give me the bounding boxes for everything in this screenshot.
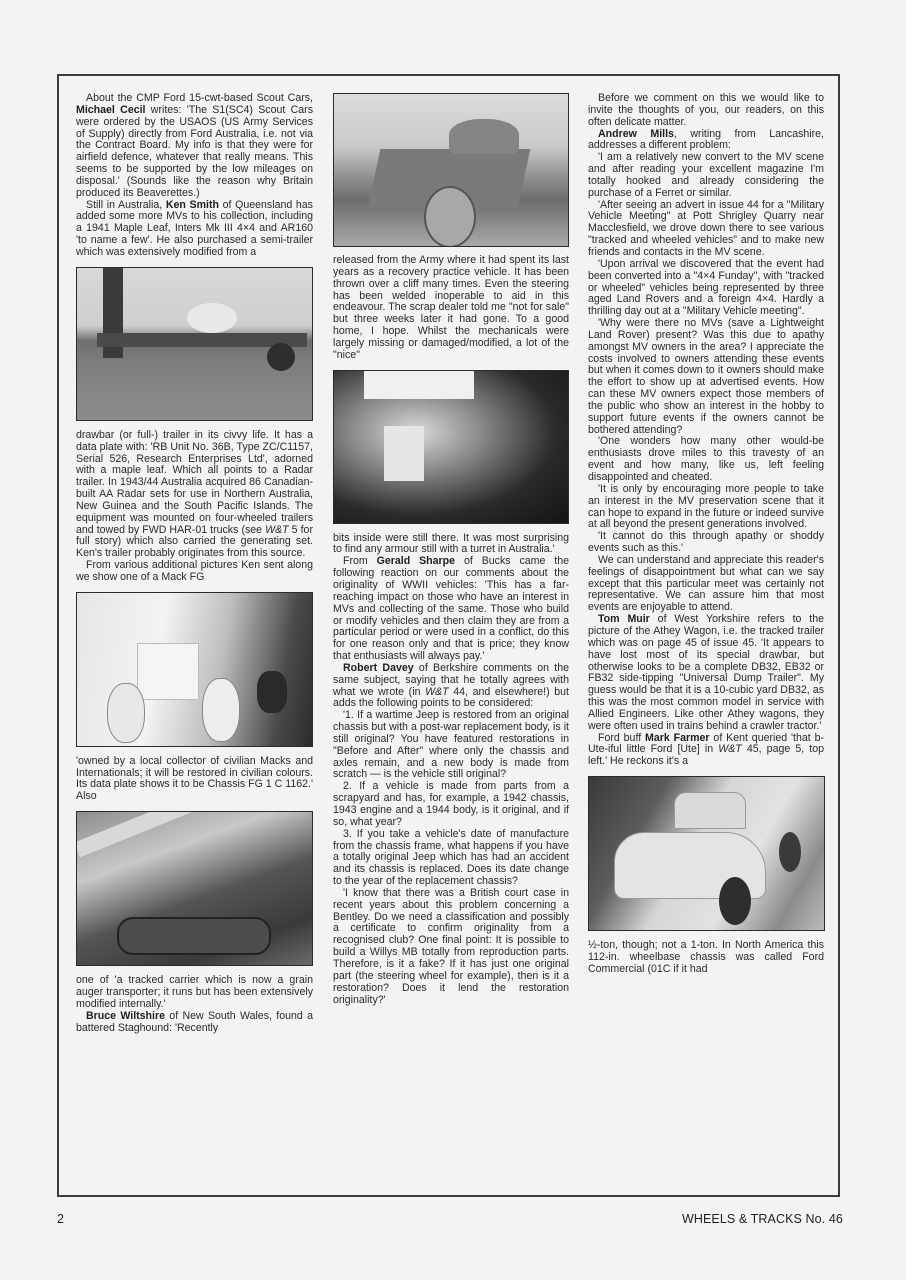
- paragraph: Bruce Wiltshire of New South Wales, foun…: [76, 1011, 313, 1035]
- photo-staghound: [333, 93, 569, 247]
- paragraph: Still in Australia, Ken Smith of Queensl…: [76, 200, 313, 259]
- paragraph: bits inside were still there. It was mos…: [333, 533, 569, 557]
- wheel: [267, 343, 295, 371]
- hatch-light: [364, 371, 474, 399]
- correspondent-name: Andrew Mills: [598, 128, 674, 140]
- auger-pipe: [76, 811, 219, 857]
- correspondent-name: Michael Cecil: [76, 104, 146, 116]
- wheel: [202, 678, 240, 742]
- paragraph: 'I know that there was a British court c…: [333, 888, 569, 1006]
- paragraph: '1. If a wartime Jeep is restored from a…: [333, 710, 569, 781]
- paragraph: ½-ton, though; not a 1-ton. In North Ame…: [588, 940, 824, 976]
- photo-turret-interior: [333, 370, 569, 524]
- cab: [674, 792, 746, 829]
- paragraph: 'I am a relatively new convert to the MV…: [588, 152, 824, 199]
- wheel: [424, 186, 476, 247]
- wheel: [257, 671, 287, 713]
- correspondent-name: Mark Farmer: [645, 732, 710, 744]
- radiator: [137, 643, 199, 700]
- paragraph: Andrew Mills, writing from Lancashire, a…: [588, 129, 824, 153]
- correspondent-name: Tom Muir: [598, 613, 650, 625]
- paragraph: 'Upon arrival we discovered that the eve…: [588, 259, 824, 318]
- paragraph: From various additional pictures Ken sen…: [76, 560, 313, 584]
- article-column-1: About the CMP Ford 15-cwt-based Scout Ca…: [76, 93, 313, 1034]
- paragraph: released from the Army where it had spen…: [333, 255, 569, 362]
- paragraph: Robert Davey of Berkshire comments on th…: [333, 663, 569, 710]
- paragraph: Before we comment on this we would like …: [588, 93, 824, 129]
- paragraph: 'It cannot do this through apathy or sho…: [588, 531, 824, 555]
- correspondent-name: Robert Davey: [343, 662, 414, 674]
- correspondent-name: Ken Smith: [166, 199, 219, 211]
- paragraph: About the CMP Ford 15-cwt-based Scout Ca…: [76, 93, 313, 200]
- paragraph: drawbar (or full-) trailer in its civvy …: [76, 430, 313, 560]
- photo-mack-fg: [76, 592, 313, 747]
- paragraph: Tom Muir of West Yorkshire refers to the…: [588, 614, 824, 732]
- spare-wheel: [779, 832, 801, 872]
- track: [117, 917, 271, 955]
- paragraph: 'Why were there no MVs (save a Lightweig…: [588, 318, 824, 436]
- article-column-2: released from the Army where it had spen…: [333, 93, 569, 1006]
- correspondent-name: Bruce Wiltshire: [86, 1010, 165, 1022]
- correspondent-name: Gerald Sharpe: [377, 555, 455, 567]
- tank-shape: [187, 303, 237, 333]
- paragraph: 'It is only by encouraging more people t…: [588, 484, 824, 531]
- photo-ford-ute: [588, 776, 825, 931]
- page-number: 2: [57, 1212, 64, 1226]
- paragraph: 'After seeing an advert in issue 44 for …: [588, 200, 824, 259]
- article-column-3: Before we comment on this we would like …: [588, 93, 824, 976]
- paragraph: 2. If a vehicle is made from parts from …: [333, 781, 569, 828]
- paragraph: 'owned by a local collector of civilian …: [76, 756, 313, 803]
- magazine-issue: WHEELS & TRACKS No. 46: [682, 1212, 843, 1226]
- paragraph: 3. If you take a vehicle's date of manuf…: [333, 829, 569, 888]
- photo-tracked-carrier: [76, 811, 313, 966]
- paragraph: 'One wonders how many other would-be ent…: [588, 436, 824, 483]
- paragraph: From Gerald Sharpe of Bucks came the fol…: [333, 556, 569, 663]
- panel: [384, 426, 424, 481]
- paragraph: We can understand and appreciate this re…: [588, 555, 824, 614]
- wheel: [107, 683, 145, 743]
- paragraph: Ford buff Mark Farmer of Kent queried 't…: [588, 733, 824, 769]
- turret: [449, 119, 519, 154]
- wheel: [719, 877, 751, 925]
- paragraph: one of 'a tracked carrier which is now a…: [76, 975, 313, 1011]
- photo-radar-trailer: [76, 267, 313, 421]
